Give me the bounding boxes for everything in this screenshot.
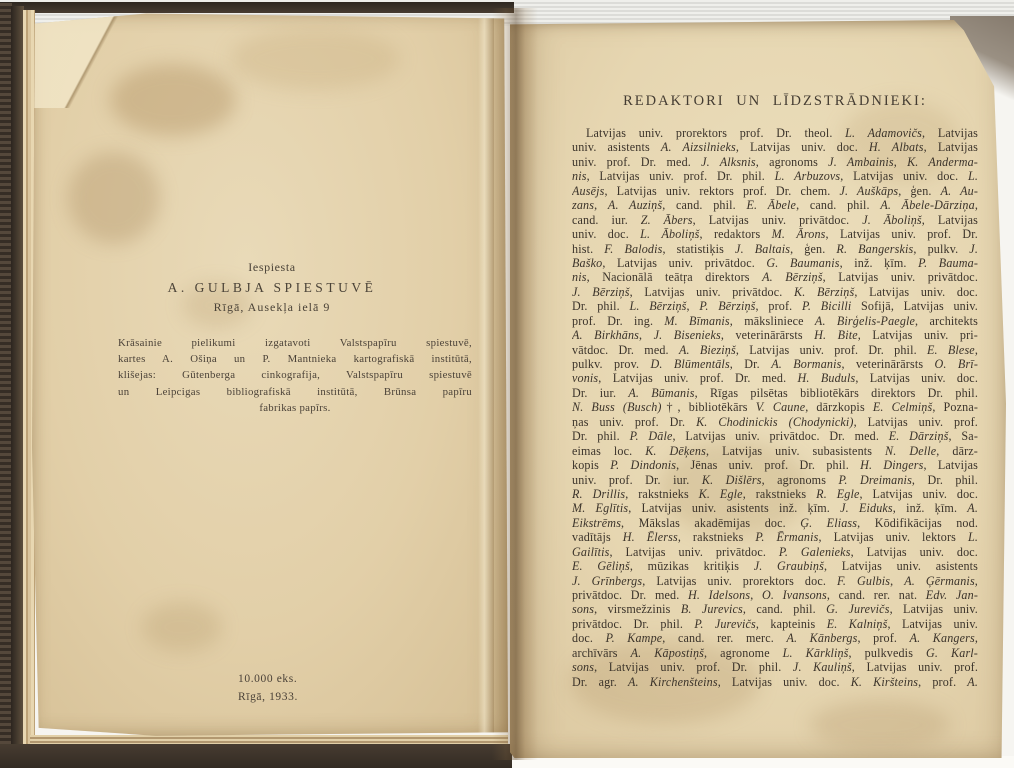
stain xyxy=(68,152,160,244)
text-line: vonis, Latvijas univ. prof. Dr. med. H. … xyxy=(572,371,978,385)
edition-place-year: Rīgā, 1933. xyxy=(238,688,298,706)
text-line: A. Birkhāns, J. Bisenieks, veterinārārst… xyxy=(572,328,978,342)
text-line: privātdoc. Dr. med. H. Idelsons, O. Ivan… xyxy=(572,588,978,602)
text-line: Gailītis, Latvijas univ. privātdoc. P. G… xyxy=(572,545,978,559)
text-line: Ausējs, Latvijas univ. rektors prof. Dr.… xyxy=(572,184,978,198)
text-line: univ. asistents A. Aizsilnieks, Latvijas… xyxy=(572,140,978,154)
text-line: ņas univ. prof. Dr. K. Chodinickis (Chod… xyxy=(572,415,978,429)
text-line: eimas loc. K. Dēķens, Latvijas univ. sub… xyxy=(572,444,978,458)
text-line: J. Bērziņš, Latvijas univ. privātdoc. K.… xyxy=(572,285,978,299)
imprint-line-2: A. GULBJA SPIESTUVĒ xyxy=(52,280,492,296)
edition-count: 10.000 eks. xyxy=(238,670,298,688)
text-line: un Leipcigas bibliografiskā institūtā, B… xyxy=(118,384,472,400)
text-line: Dr. agr. A. Kirchenšteins, Latvijas univ… xyxy=(572,675,978,689)
text-line: E. Gēliņš, mūzikas kritiķis J. Graubiņš,… xyxy=(572,559,978,573)
text-line: Dr. phil. L. Bērziņš, P. Bērziņš, prof. … xyxy=(572,299,978,313)
page-heading: REDAKTORI UN LĪDZSTRĀDNIEKI: xyxy=(540,93,1010,110)
imprint-line-3: Rīgā, Ausekļa ielā 9 xyxy=(52,300,492,315)
book-cover-top-edge xyxy=(0,2,514,13)
text-line: Baško, Latvijas univ. privātdoc. G. Baum… xyxy=(572,256,978,270)
text-line: univ. prof. Dr. iur. K. Dišlērs, agronom… xyxy=(572,473,978,487)
text-line: prof. Dr. ing. M. Bīmanis, māksliniece A… xyxy=(572,314,978,328)
colophon-block: Krāsainie pielikumi izgatavoti Valstspap… xyxy=(118,335,472,416)
text-line: nis, Nacionālā teātŗa direktors A. Bērzi… xyxy=(572,270,978,284)
text-line: cand. iur. Z. Ābers, Latvijas univ. priv… xyxy=(572,213,978,227)
text-line: pulkv. prov. D. Blūmentāls, Dr. A. Borma… xyxy=(572,357,978,371)
text-line: univ. prof. Dr. med. J. Alksnis, agronom… xyxy=(572,155,978,169)
stain xyxy=(230,28,400,90)
text-line: R. Drillis, rakstnieks K. Egle, rakstnie… xyxy=(572,487,978,501)
text-line: fabrikas papīrs. xyxy=(118,400,472,416)
text-line: Latvijas univ. prorektors prof. Dr. theo… xyxy=(572,126,978,140)
right-page: REDAKTORI UN LĪDZSTRĀDNIEKI: Latvijas un… xyxy=(510,20,1006,758)
text-line: privātdoc. Dr. phil. P. Jurevičs, kaptei… xyxy=(572,617,978,631)
text-line: N. Buss (Busch)†, bibliotēkārs V. Caune,… xyxy=(572,400,978,414)
text-line: hist. F. Balodis, statistiķis J. Baltais… xyxy=(572,242,978,256)
text-line: archīvārs A. Kāpostiņš, agronome L. Kārk… xyxy=(572,646,978,660)
stain xyxy=(142,602,222,652)
text-line: sons, virsmežzinis B. Jurevics, cand. ph… xyxy=(572,602,978,616)
text-line: vātdoc. Dr. med. A. Bieziņš, Latvijas un… xyxy=(572,343,978,357)
body-text: Latvijas univ. prorektors prof. Dr. theo… xyxy=(572,126,978,689)
text-line: doc. P. Kampe, cand. rer. merc. A. Kānbe… xyxy=(572,631,978,645)
book-gutter xyxy=(492,8,538,760)
text-line: nis, Latvijas univ. prof. Dr. phil. L. A… xyxy=(572,169,978,183)
text-line: kartes A. Ošiņa un P. Mantnieka kartogra… xyxy=(118,351,472,367)
text-line: univ. doc. L. Āboliņš, redaktors M. Āron… xyxy=(572,227,978,241)
imprint-line-1: Iespiesta xyxy=(52,260,492,275)
text-line: J. Grīnbergs, Latvijas univ. prorektors … xyxy=(572,574,978,588)
book-cover-bottom-edge xyxy=(0,744,512,768)
text-line: M. Eglītis, Latvijas univ. asistents inž… xyxy=(572,501,978,515)
edition-block: 10.000 eks. Rīgā, 1933. xyxy=(238,670,298,706)
book-scan: Iespiesta A. GULBJA SPIESTUVĒ Rīgā, Ause… xyxy=(0,0,1014,768)
text-line: sons, Latvijas univ. prof. Dr. phil. J. … xyxy=(572,660,978,674)
text-line: Dr. iur. A. Būmanis, Rīgas pilsētas bibl… xyxy=(572,386,978,400)
text-line: Dr. phil. P. Dāle, Latvijas univ. privāt… xyxy=(572,429,978,443)
torn-page-corner xyxy=(32,12,174,108)
stain xyxy=(810,700,950,750)
text-line: zans, A. Auziņš, cand. phil. E. Ābele, c… xyxy=(572,198,978,212)
text-line: Krāsainie pielikumi izgatavoti Valstspap… xyxy=(118,335,472,351)
text-line: Eikstrēms, Mākslas akadēmijas doc. Ģ. El… xyxy=(572,516,978,530)
text-line: vadītājs H. Ēlerss, rakstnieks P. Ērmani… xyxy=(572,530,978,544)
text-line: kopis P. Dindonis, Jēnas univ. prof. Dr.… xyxy=(572,458,978,472)
imprint-block: Iespiesta A. GULBJA SPIESTUVĒ Rīgā, Ause… xyxy=(52,260,492,315)
text-line: klišejas: Gūtenberga cinkografija, Valst… xyxy=(118,367,472,383)
left-page: Iespiesta A. GULBJA SPIESTUVĒ Rīgā, Ause… xyxy=(32,12,508,738)
